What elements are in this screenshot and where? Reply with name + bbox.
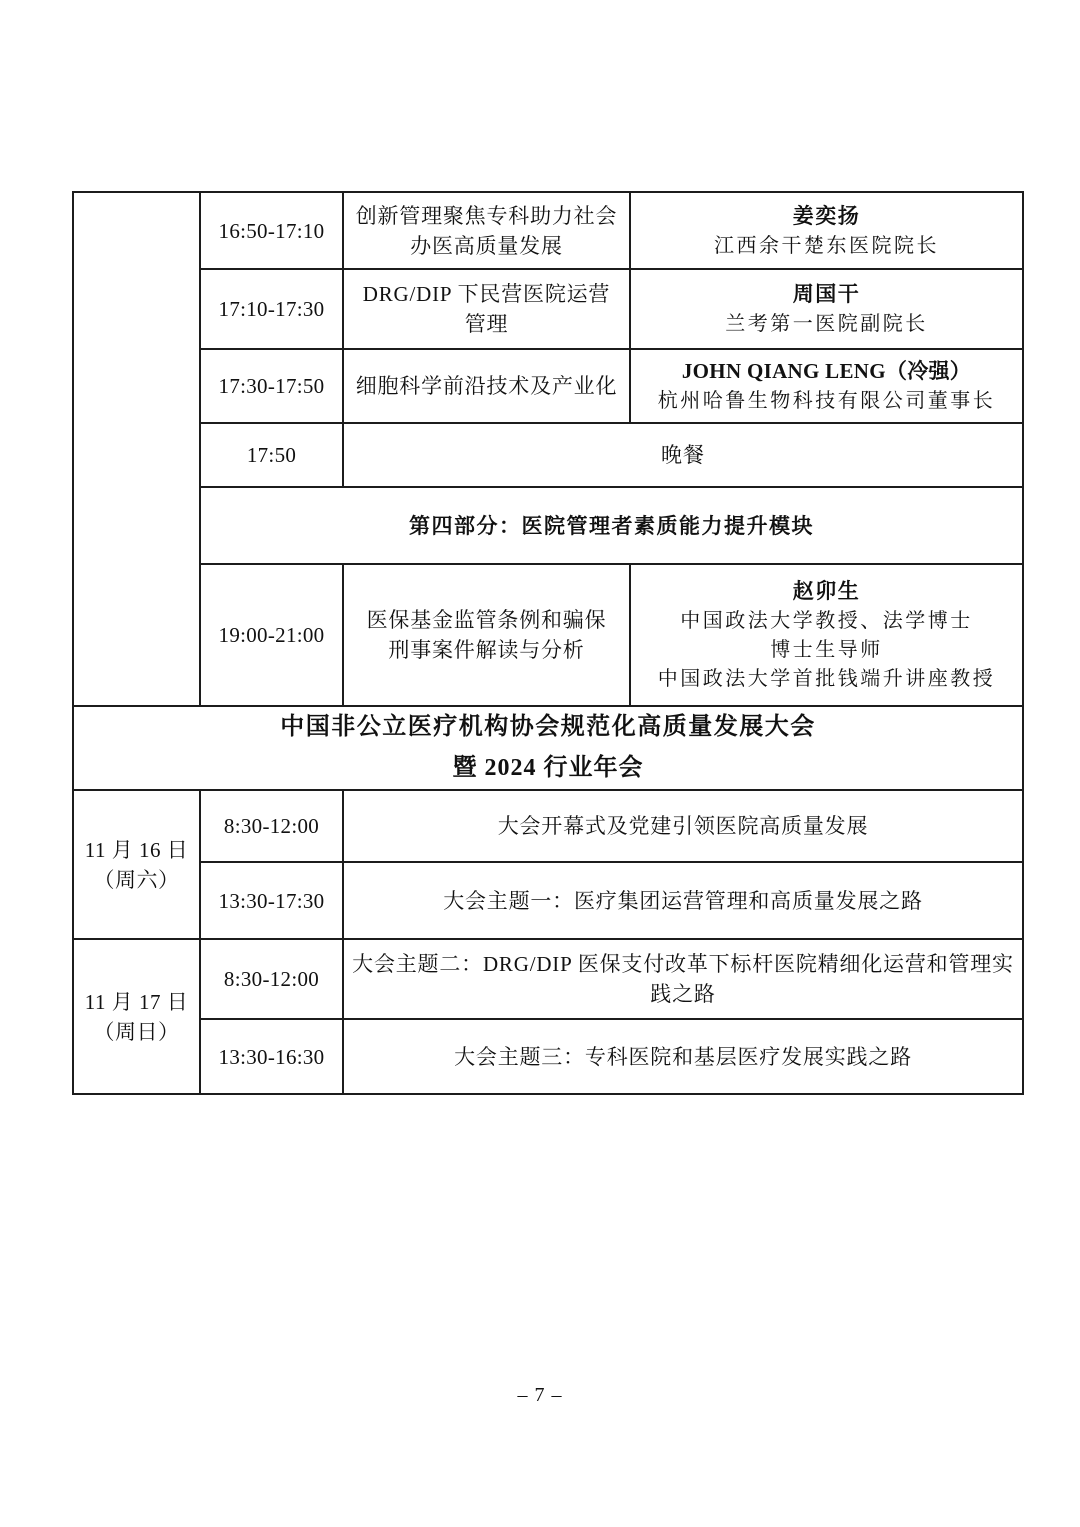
conference-banner: 中国非公立医疗机构协会规范化高质量发展大会 暨 2024 行业年会 — [73, 706, 1023, 790]
session-time: 17:30-17:50 — [200, 349, 343, 423]
dinner-row: 17:50 晚餐 — [73, 423, 1023, 487]
document-page: 16:50-17:10 创新管理聚焦专科助力社会 办医高质量发展 姜奕扬 江西余… — [0, 0, 1080, 1527]
session-time: 19:00-21:00 — [200, 564, 343, 706]
topic-line: 刑事案件解读与分析 — [344, 635, 629, 665]
date-cell-empty — [73, 192, 200, 706]
date-text: 11 月 17 日 — [74, 987, 199, 1017]
day-session-row: 13:30-17:30 大会主题一：医疗集团运营管理和高质量发展之路 — [73, 862, 1023, 939]
speaker-title: 杭州哈鲁生物科技有限公司董事长 — [631, 387, 1022, 416]
session-row: 17:10-17:30 DRG/DIP 下民营医院运营 管理 周国干 兰考第一医… — [73, 269, 1023, 349]
conference-banner-row: 中国非公立医疗机构协会规范化高质量发展大会 暨 2024 行业年会 — [73, 706, 1023, 790]
topic-line: 办医高质量发展 — [344, 231, 629, 261]
topic-line: 创新管理聚焦专科助力社会 — [344, 201, 629, 231]
weekday-text: （周六） — [74, 865, 199, 895]
speaker-name: JOHN QIANG LENG（冷强） — [631, 356, 1022, 387]
session-time: 8:30-12:00 — [200, 939, 343, 1019]
speaker-title: 中国政法大学教授、法学博士 — [631, 607, 1022, 636]
topic-line: 管理 — [344, 309, 629, 339]
speaker-cell: 赵卯生 中国政法大学教授、法学博士 博士生导师 中国政法大学首批钱端升讲座教授 — [630, 564, 1023, 706]
day-session-content: 大会主题二：DRG/DIP 医保支付改革下标杆医院精细化运营和管理实践之路 — [343, 939, 1023, 1019]
day-session-row: 11 月 17 日 （周日） 8:30-12:00 大会主题二：DRG/DIP … — [73, 939, 1023, 1019]
conference-title-line1: 中国非公立医疗机构协会规范化高质量发展大会 — [74, 707, 1022, 748]
date-cell: 11 月 17 日 （周日） — [73, 939, 200, 1094]
speaker-title: 博士生导师 — [631, 636, 1022, 665]
speaker-cell: 周国干 兰考第一医院副院长 — [630, 269, 1023, 349]
conference-title-line2: 暨 2024 行业年会 — [74, 748, 1022, 789]
topic-line: 细胞科学前沿技术及产业化 — [344, 371, 629, 401]
day-session-row: 13:30-16:30 大会主题三：专科医院和基层医疗发展实践之路 — [73, 1019, 1023, 1094]
dinner-label: 晚餐 — [343, 423, 1023, 487]
part4-header-row: 第四部分：医院管理者素质能力提升模块 — [73, 487, 1023, 564]
footer-page-number: – 7 – — [0, 1384, 1080, 1407]
agenda-table: 16:50-17:10 创新管理聚焦专科助力社会 办医高质量发展 姜奕扬 江西余… — [72, 191, 1024, 1095]
speaker-title: 江西余干楚东医院院长 — [631, 232, 1022, 261]
weekday-text: （周日） — [74, 1017, 199, 1047]
session-row: 17:30-17:50 细胞科学前沿技术及产业化 JOHN QIANG LENG… — [73, 349, 1023, 423]
date-cell: 11 月 16 日 （周六） — [73, 790, 200, 939]
session-topic: 创新管理聚焦专科助力社会 办医高质量发展 — [343, 192, 630, 269]
session-topic: DRG/DIP 下民营医院运营 管理 — [343, 269, 630, 349]
speaker-title: 兰考第一医院副院长 — [631, 310, 1022, 339]
speaker-name: 姜奕扬 — [631, 201, 1022, 232]
speaker-name: 周国干 — [631, 279, 1022, 310]
session-time: 8:30-12:00 — [200, 790, 343, 862]
date-text: 11 月 16 日 — [74, 835, 199, 865]
session-time: 13:30-17:30 — [200, 862, 343, 939]
topic-line: 医保基金监管条例和骗保 — [344, 605, 629, 635]
day-session-row: 11 月 16 日 （周六） 8:30-12:00 大会开幕式及党建引领医院高质… — [73, 790, 1023, 862]
session-time: 13:30-16:30 — [200, 1019, 343, 1094]
session-time: 17:10-17:30 — [200, 269, 343, 349]
part4-header: 第四部分：医院管理者素质能力提升模块 — [200, 487, 1023, 564]
speaker-cell: 姜奕扬 江西余干楚东医院院长 — [630, 192, 1023, 269]
speaker-title: 中国政法大学首批钱端升讲座教授 — [631, 665, 1022, 694]
day-session-content: 大会主题一：医疗集团运营管理和高质量发展之路 — [343, 862, 1023, 939]
session-topic: 医保基金监管条例和骗保 刑事案件解读与分析 — [343, 564, 630, 706]
session-row: 16:50-17:10 创新管理聚焦专科助力社会 办医高质量发展 姜奕扬 江西余… — [73, 192, 1023, 269]
topic-line: DRG/DIP 下民营医院运营 — [344, 279, 629, 309]
dinner-time: 17:50 — [200, 423, 343, 487]
speaker-name: 赵卯生 — [631, 576, 1022, 607]
evening-session-row: 19:00-21:00 医保基金监管条例和骗保 刑事案件解读与分析 赵卯生 中国… — [73, 564, 1023, 706]
day-session-content: 大会主题三：专科医院和基层医疗发展实践之路 — [343, 1019, 1023, 1094]
speaker-cell: JOHN QIANG LENG（冷强） 杭州哈鲁生物科技有限公司董事长 — [630, 349, 1023, 423]
session-topic: 细胞科学前沿技术及产业化 — [343, 349, 630, 423]
day-session-content: 大会开幕式及党建引领医院高质量发展 — [343, 790, 1023, 862]
session-time: 16:50-17:10 — [200, 192, 343, 269]
